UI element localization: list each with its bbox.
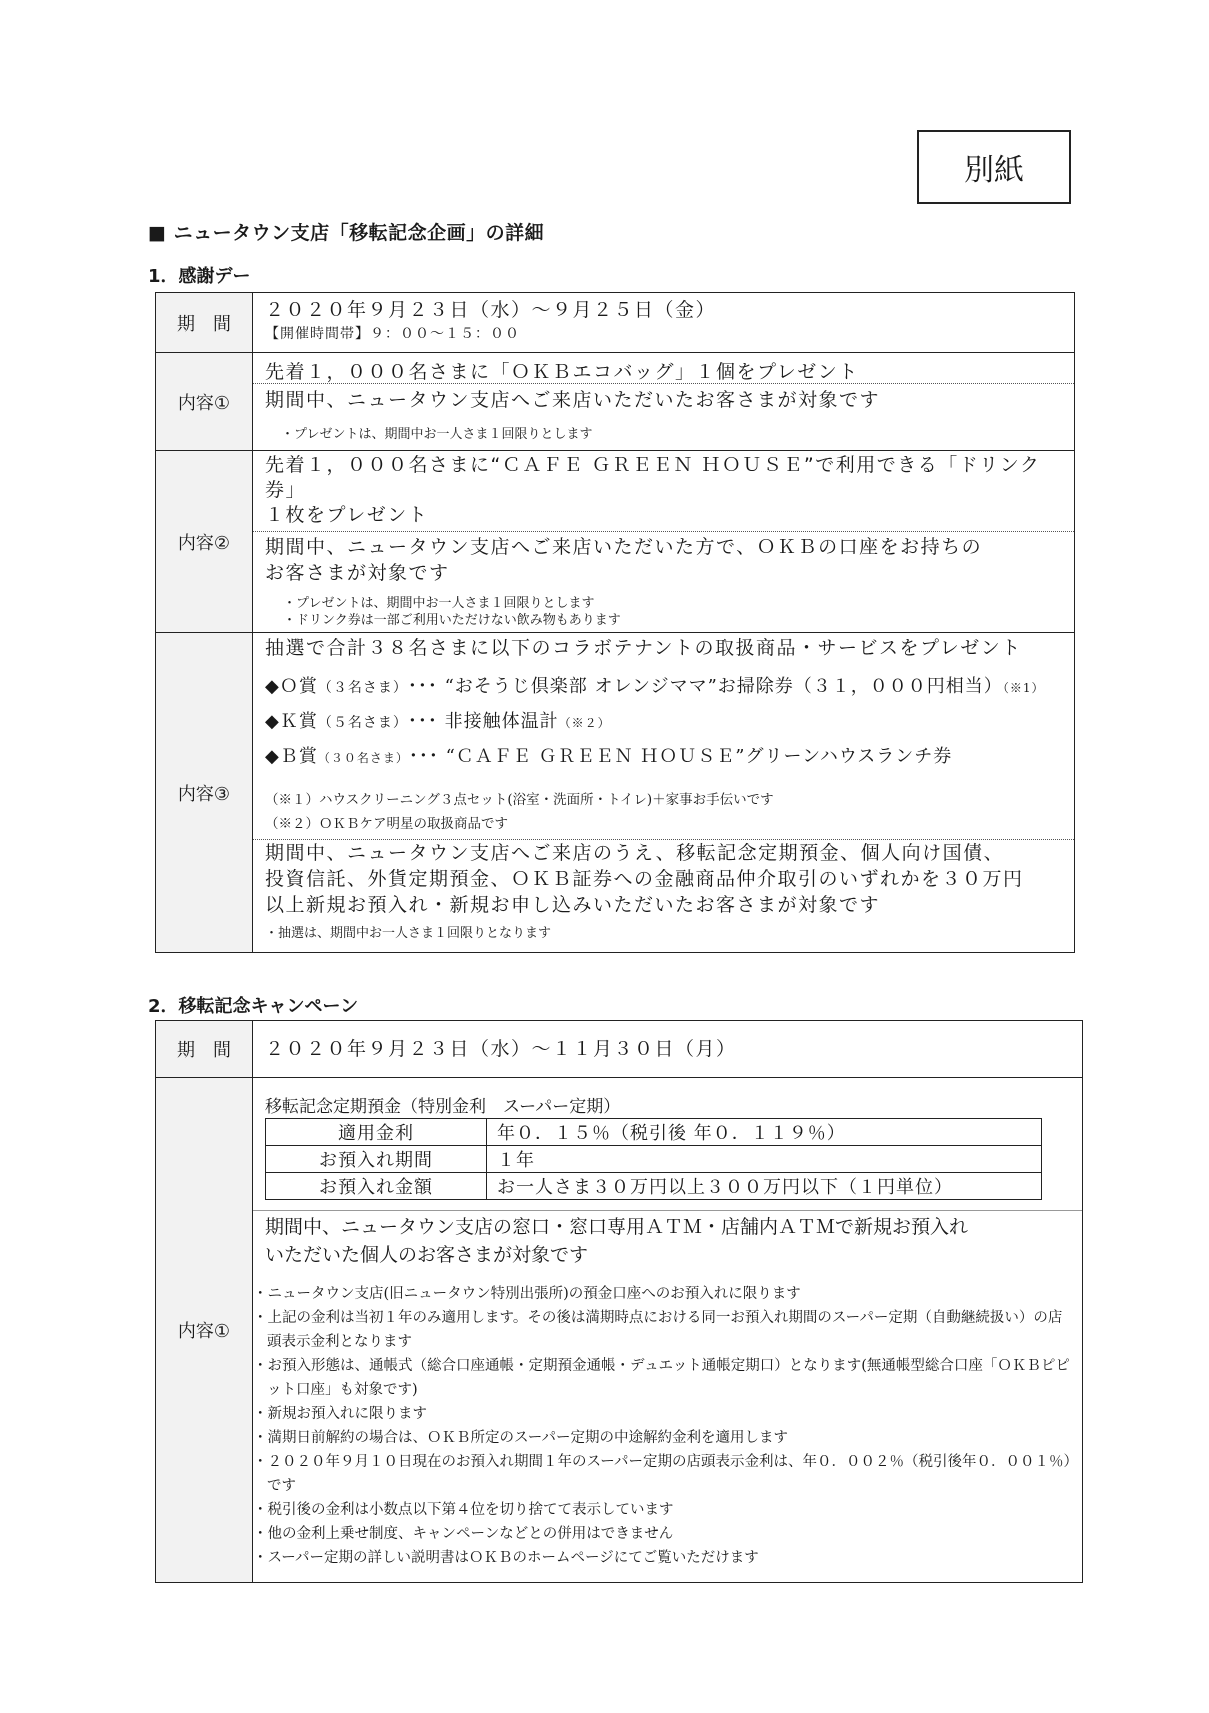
target-line2: いただいた個人のお客さまが対象です [265,1241,1070,1269]
content1-label: 内容① [156,353,253,451]
content2-row: 内容② 先着１，０００名さまに“ＣＡＦＥ ＧＲＥＥＮ ＨＯＵＳＥ”で利用できる「… [156,451,1075,633]
rate-row: お預入れ金額 お一人さま３０万円以上３００万円以下（１円単位） [266,1173,1042,1200]
content1-row: 内容① 移転記念定期預金（特別金利 スーパー定期） 適用金利 年０．１５％（税引… [156,1078,1083,1583]
prize-count: （３名さま） [318,680,408,696]
period-label: 期 間 [156,1021,253,1078]
note-item: ・上記の金利は当初１年のみ適用します。その後は満期時点における同一お預入れ期間の… [253,1306,1074,1354]
period-row: 期 間 ２０２０年９月２３日（水）～１１月３０日（月） [156,1021,1083,1078]
content3-target-line1: 期間中、ニュータウン支店へご来店のうえ、移転記念定期預金、個人向け国債、 [265,840,1062,866]
note-item: ・満期日前解約の場合は、ＯＫＢ所定のスーパー定期の中途解約金利を適用します [253,1426,1074,1450]
content2-headline: 先着１，０００名さまに“ＣＡＦＥ ＧＲＥＥＮ ＨＯＵＳＥ”で利用できる「ドリンク… [253,451,1074,531]
content1-divider: 期間中、ニュータウン支店へご来店いただいたお客さまが対象です ・プレゼントは、期… [253,383,1074,446]
rate-label: 適用金利 [266,1119,487,1146]
content3-label: 内容③ [156,633,253,953]
prize-o: ◆Ｏ賞（３名さま）･･･ “おそうじ倶楽部 オレンジママ”お掃除券（３１，０００… [265,670,1062,705]
prize-count: （３０名さま） [318,751,409,765]
content2-headline-line1: 先着１，０００名さまに“ＣＡＦＥ ＧＲＥＥＮ ＨＯＵＳＥ”で利用できる「ドリンク… [265,453,1062,503]
prize-note: （※1） [1003,681,1045,695]
note-item: ・お預入形態は、通帳式（総合口座通帳・定期預金通帳・デュエット通帳定期口）となり… [253,1354,1074,1402]
prize-name: ◆Ｂ賞 [265,746,318,767]
prize-sep: ･･･ [408,711,438,732]
content1-target: 期間中、ニュータウン支店へご来店いただいたお客さまが対象です [253,384,1074,416]
period-label: 期 間 [156,293,253,353]
note-item: ・他の金利上乗せ制度、キャンペーンなどとの併用はできません [253,1522,1074,1546]
content3-headline: 抽選で合計３８名さまに以下のコラボテナントの取扱商品・サービスをプレゼント [253,633,1074,664]
footnotes: （※１）ハウスクリーニング３点セット(浴室・洗面所・トイレ)＋家事お手伝いです … [253,778,1074,839]
content2-note-2: ・ドリンク券は一部ご利用いただけない飲み物もあります [283,612,1062,629]
target-text: 期間中、ニュータウン支店の窓口・窓口専用ＡＴＭ・店舗内ＡＴＭで新規お預入れ いた… [253,1211,1082,1272]
footnote-2: （※２）ＯＫＢケア明星の取扱商品です [265,812,1062,836]
period-hours: 【開催時間帯】９：００～１５：００ [253,326,1074,346]
prize-k: ◆Ｋ賞（５名さま）･･･ 非接触体温計（※２） [265,705,1062,740]
rate-value: 年０．１５％（税引後 年０．１１９％） [487,1119,1042,1146]
period-dates: ２０２０年９月２３日（水）～９月２５日（金） [253,293,1074,326]
section2-table: 期 間 ２０２０年９月２３日（水）～１１月３０日（月） 内容① 移転記念定期預金… [155,1020,1083,1583]
content1-headline: 先着１，０００名さまに「ＯＫＢエコバッグ」１個をプレゼント [253,353,1074,383]
content1-label: 内容① [156,1078,253,1583]
prize-count: （５名さま） [318,715,408,731]
attachment-label: 別紙 [917,130,1071,204]
prize-desc: “おそうじ倶楽部 オレンジママ”お掃除券（３１，０００円相当） [445,676,1003,697]
product-title: 移転記念定期預金（特別金利 スーパー定期） [265,1096,1070,1118]
rate-value: お一人さま３０万円以上３００万円以下（１円単位） [487,1173,1042,1200]
content2-headline-line2: １枚をプレゼント [265,503,1062,528]
product-block: 移転記念定期預金（特別金利 スーパー定期） 適用金利 年０．１５％（税引後 年０… [253,1078,1082,1210]
content3-divider: 期間中、ニュータウン支店へご来店のうえ、移転記念定期預金、個人向け国債、 投資信… [253,839,1074,945]
rate-row: お預入れ期間 １年 [266,1146,1042,1173]
content2-target: 期間中、ニュータウン支店へご来店いただいた方で、ＯＫＢの口座をお持ちの お客さま… [253,532,1074,589]
period-row: 期 間 ２０２０年９月２３日（水）～９月２５日（金） 【開催時間帯】９：００～１… [156,293,1075,353]
prize-note: （※２） [559,716,611,730]
prize-name: ◆Ｏ賞 [265,676,318,697]
content3-target: 期間中、ニュータウン支店へご来店のうえ、移転記念定期預金、個人向け国債、 投資信… [253,840,1074,921]
content1-cell: 先着１，０００名さまに「ＯＫＢエコバッグ」１個をプレゼント 期間中、ニュータウン… [253,353,1075,451]
note-item: ・２０２０年９月１０日現在のお預入れ期間１年のスーパー定期の店頭表示金利は、年０… [253,1450,1074,1498]
prize-sep: ･･･ [409,746,439,767]
target-block: 期間中、ニュータウン支店の窓口・窓口専用ＡＴＭ・店舗内ＡＴＭで新規お預入れ いた… [253,1210,1082,1570]
content2-target-line1: 期間中、ニュータウン支店へご来店いただいた方で、ＯＫＢの口座をお持ちの [265,534,1062,560]
content3-target-line3: 以上新規お預入れ・新規お申し込みいただいたお客さまが対象です [265,892,1062,918]
rate-row: 適用金利 年０．１５％（税引後 年０．１１９％） [266,1119,1042,1146]
period-cell: ２０２０年９月２３日（水）～９月２５日（金） 【開催時間帯】９：００～１５：００ [253,293,1075,353]
period-cell: ２０２０年９月２３日（水）～１１月３０日（月） [253,1021,1083,1078]
content2-target-line2: お客さまが対象です [265,560,1062,586]
content2-divider: 期間中、ニュータウン支店へご来店いただいた方で、ＯＫＢの口座をお持ちの お客さま… [253,531,1074,632]
prize-list: ◆Ｏ賞（３名さま）･･･ “おそうじ倶楽部 オレンジママ”お掃除券（３１，０００… [253,664,1074,778]
section2-title: 2．移転記念キャンペーン [148,992,358,1018]
document-title: ■ ニュータウン支店「移転記念企画」の詳細 [148,218,544,245]
prize-desc: 非接触体温計 [445,711,559,732]
content2-label: 内容② [156,451,253,633]
target-line1: 期間中、ニュータウン支店の窓口・窓口専用ＡＴＭ・店舗内ＡＴＭで新規お預入れ [265,1213,1070,1241]
note-item: ・スーパー定期の詳しい説明書はＯＫＢのホームページにてご覧いただけます [253,1546,1074,1570]
note-item: ・税引後の金利は小数点以下第４位を切り捨てて表示しています [253,1498,1074,1522]
prize-sep: ･･･ [408,676,438,697]
period-dates: ２０２０年９月２３日（水）～１１月３０日（月） [253,1033,1082,1065]
prize-b: ◆Ｂ賞（３０名さま）･･･ “ＣＡＦＥ ＧＲＥＥＮ ＨＯＵＳＥ”グリーンハウスラ… [265,740,1062,775]
prize-name: ◆Ｋ賞 [265,711,318,732]
notes-list: ・ニュータウン支店(旧ニュータウン特別出張所)の預金口座へのお預入れに限ります … [253,1272,1082,1570]
rate-label: お預入れ期間 [266,1146,487,1173]
content2-cell: 先着１，０００名さまに“ＣＡＦＥ ＧＲＥＥＮ ＨＯＵＳＥ”で利用できる「ドリンク… [253,451,1075,633]
content3-target-line2: 投資信託、外貨定期預金、ＯＫＢ証券への金融商品仲介取引のいずれかを３０万円 [265,866,1062,892]
section1-title: 1．感謝デー [148,262,251,288]
rate-value: １年 [487,1146,1042,1173]
note-item: ・新規お預入れに限ります [253,1402,1074,1426]
content1-row: 内容① 先着１，０００名さまに「ＯＫＢエコバッグ」１個をプレゼント 期間中、ニュ… [156,353,1075,451]
rate-label: お預入れ金額 [266,1173,487,1200]
content3-cell: 抽選で合計３８名さまに以下のコラボテナントの取扱商品・サービスをプレゼント ◆Ｏ… [253,633,1075,953]
rate-table: 適用金利 年０．１５％（税引後 年０．１１９％） お預入れ期間 １年 お預入れ金… [265,1118,1042,1200]
content3-row: 内容③ 抽選で合計３８名さまに以下のコラボテナントの取扱商品・サービスをプレゼン… [156,633,1075,953]
content3-note: ・抽選は、期間中お一人さま１回限りとなります [253,921,1074,945]
section1-table: 期 間 ２０２０年９月２３日（水）～９月２５日（金） 【開催時間帯】９：００～１… [155,292,1075,953]
content2-notes: ・プレゼントは、期間中お一人さま１回限りとします ・ドリンク券は一部ご利用いただ… [253,589,1074,632]
content1-note: ・プレゼントは、期間中お一人さま１回限りとします [253,416,1074,446]
note-item: ・ニュータウン支店(旧ニュータウン特別出張所)の預金口座へのお預入れに限ります [253,1282,1074,1306]
content1-cell: 移転記念定期預金（特別金利 スーパー定期） 適用金利 年０．１５％（税引後 年０… [253,1078,1083,1583]
prize-desc: “ＣＡＦＥ ＧＲＥＥＮ ＨＯＵＳＥ”グリーンハウスランチ券 [446,746,953,767]
content2-note-1: ・プレゼントは、期間中お一人さま１回限りとします [283,595,1062,612]
footnote-1: （※１）ハウスクリーニング３点セット(浴室・洗面所・トイレ)＋家事お手伝いです [265,788,1062,812]
